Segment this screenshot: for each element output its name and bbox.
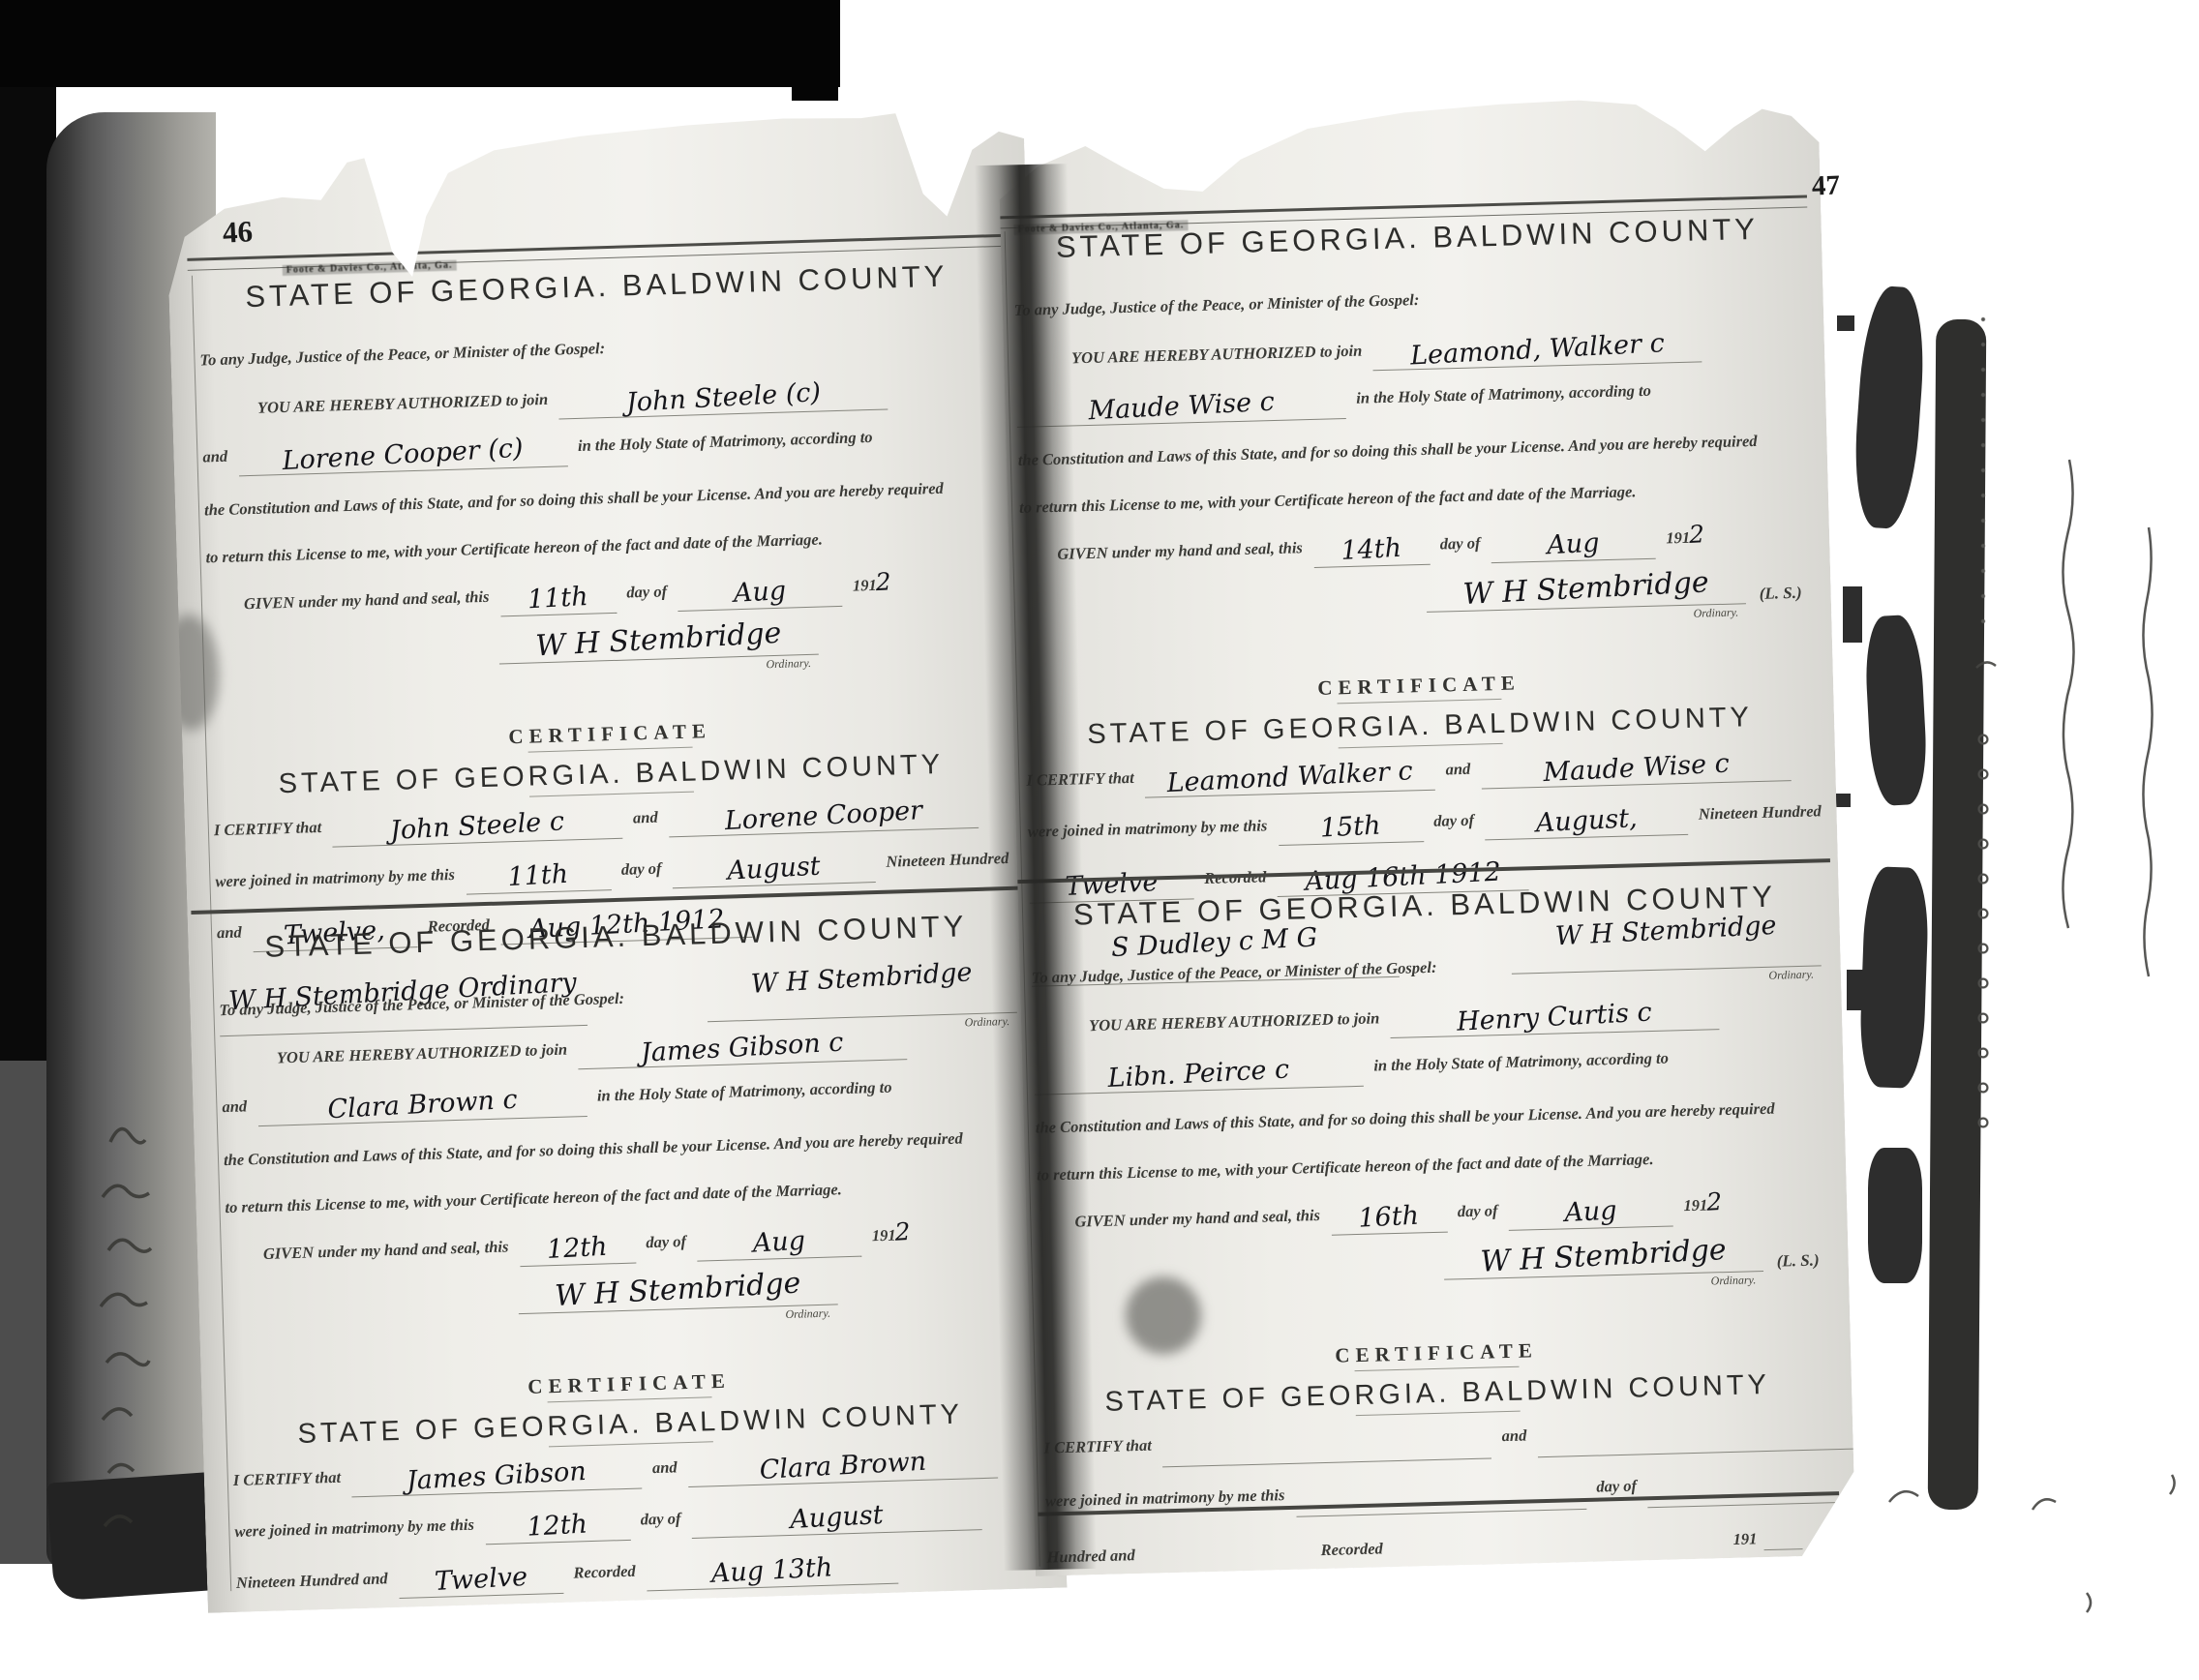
scan-black-bar	[0, 0, 840, 87]
page-number-left: 46	[222, 214, 254, 251]
scanned-marriage-register: Foote & Davies Co., Atlanta, Ga. STATE O…	[0, 0, 2199, 1680]
scan-artifact-squiggles	[0, 0, 2199, 1680]
scan-black-bar-step	[792, 85, 838, 101]
page-number-right: 47	[1811, 170, 1840, 203]
